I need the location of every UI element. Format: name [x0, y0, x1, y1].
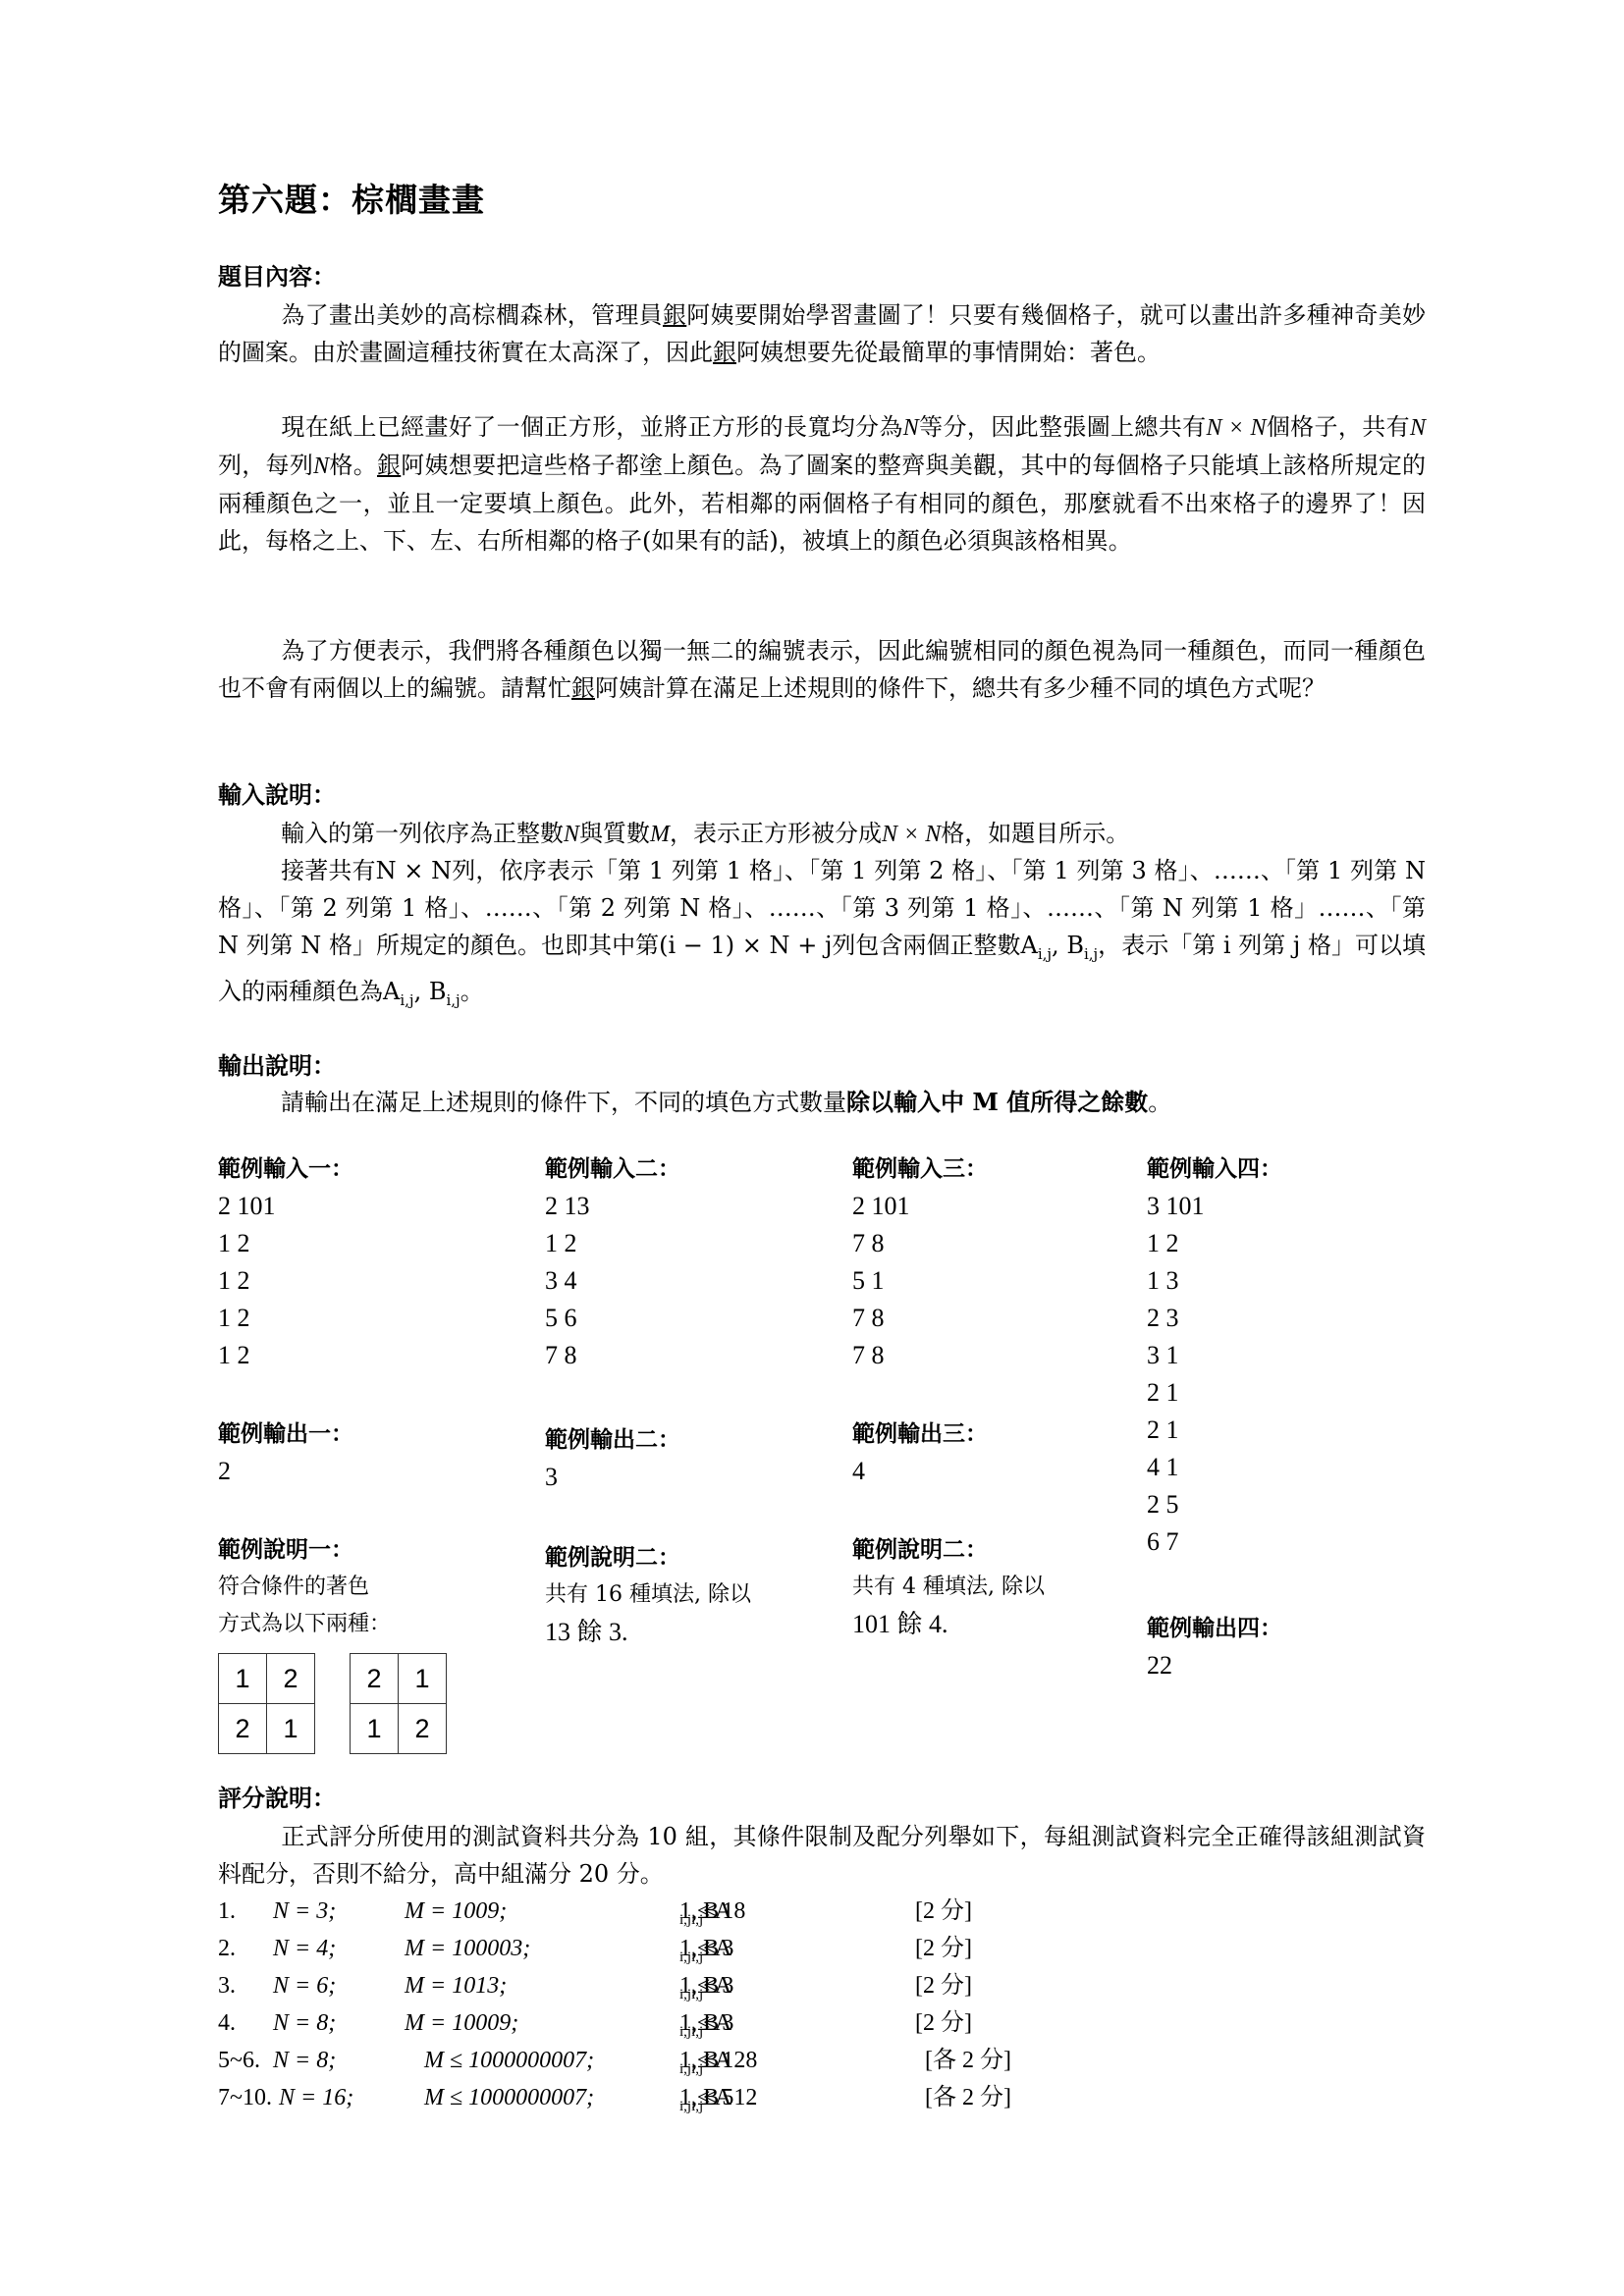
problem-paragraph-3: 為了方便表示，我們將各種顏色以獨一無二的編號表示，因此編號相同的顏色視為同一種顏…: [218, 632, 1426, 707]
problem-paragraph-1: 為了畫出美妙的高棕櫚森林，管理員銀阿姨要開始學習畫圖了！只要有幾個格子，就可以畫…: [218, 296, 1426, 371]
scoring-intro: 正式評分所使用的測試資料共分為 10 組，其條件限制及配分列舉如下，每組測試資料…: [218, 1818, 1426, 1893]
sample-1: 範例輸入一： 2 101 1 2 1 2 1 2 1 2: [218, 1150, 353, 1374]
sample-4-output: 範例輸出四： 22: [1147, 1610, 1282, 1684]
sample-3-output: 範例輸出三： 4: [852, 1415, 988, 1490]
problem-heading: 題目內容：: [218, 257, 336, 292]
sample-input-label: 範例輸入一：: [218, 1150, 353, 1188]
input-line-1: 輸入的第一列依序為正整數N與質數M，表示正方形被分成N × N格，如題目所示。: [218, 815, 1426, 853]
sample-1-output: 範例輸出一： 2: [218, 1415, 353, 1490]
output-description: 請輸出在滿足上述規則的條件下，不同的填色方式數量除以輸入中 M 值所得之餘數。: [218, 1084, 1426, 1121]
scoring-heading: 評分說明：: [218, 1779, 336, 1813]
sample-3-explain: 範例說明二： 共有 4 種填法, 除以 101 餘 4.: [852, 1531, 1045, 1643]
sample-4: 範例輸入四： 3 101 1 2 1 3 2 3 3 1 2 1 2 1 4 1…: [1147, 1150, 1282, 1561]
sample-2-output: 範例輸出二： 3: [545, 1421, 680, 1496]
sample-3: 範例輸入三： 2 101 7 8 5 1 7 8 7 8: [852, 1150, 988, 1374]
problem-paragraph-2: 現在紙上已經畫好了一個正方形，並將正方形的長寬均分為N等分，因此整張圖上總共有N…: [218, 408, 1426, 560]
sample-2-explain: 範例說明二： 共有 16 種填法, 除以 13 餘 3.: [545, 1539, 751, 1651]
input-line-2: 接著共有N × N列，依序表示「第 1 列第 1 格」、「第 1 列第 2 格」…: [218, 852, 1426, 1019]
page-title: 第六題：棕櫚畫畫: [218, 175, 485, 221]
sample-1-explain: 範例說明一： 符合條件的著色 方式為以下兩種：: [218, 1531, 391, 1643]
output-heading: 輸出說明：: [218, 1046, 336, 1081]
coloring-grid-2: 21 12: [350, 1653, 447, 1754]
coloring-grid-1: 12 21: [218, 1653, 315, 1754]
input-heading: 輸入說明：: [218, 775, 336, 810]
sample-2: 範例輸入二： 2 13 1 2 3 4 5 6 7 8: [545, 1150, 680, 1374]
